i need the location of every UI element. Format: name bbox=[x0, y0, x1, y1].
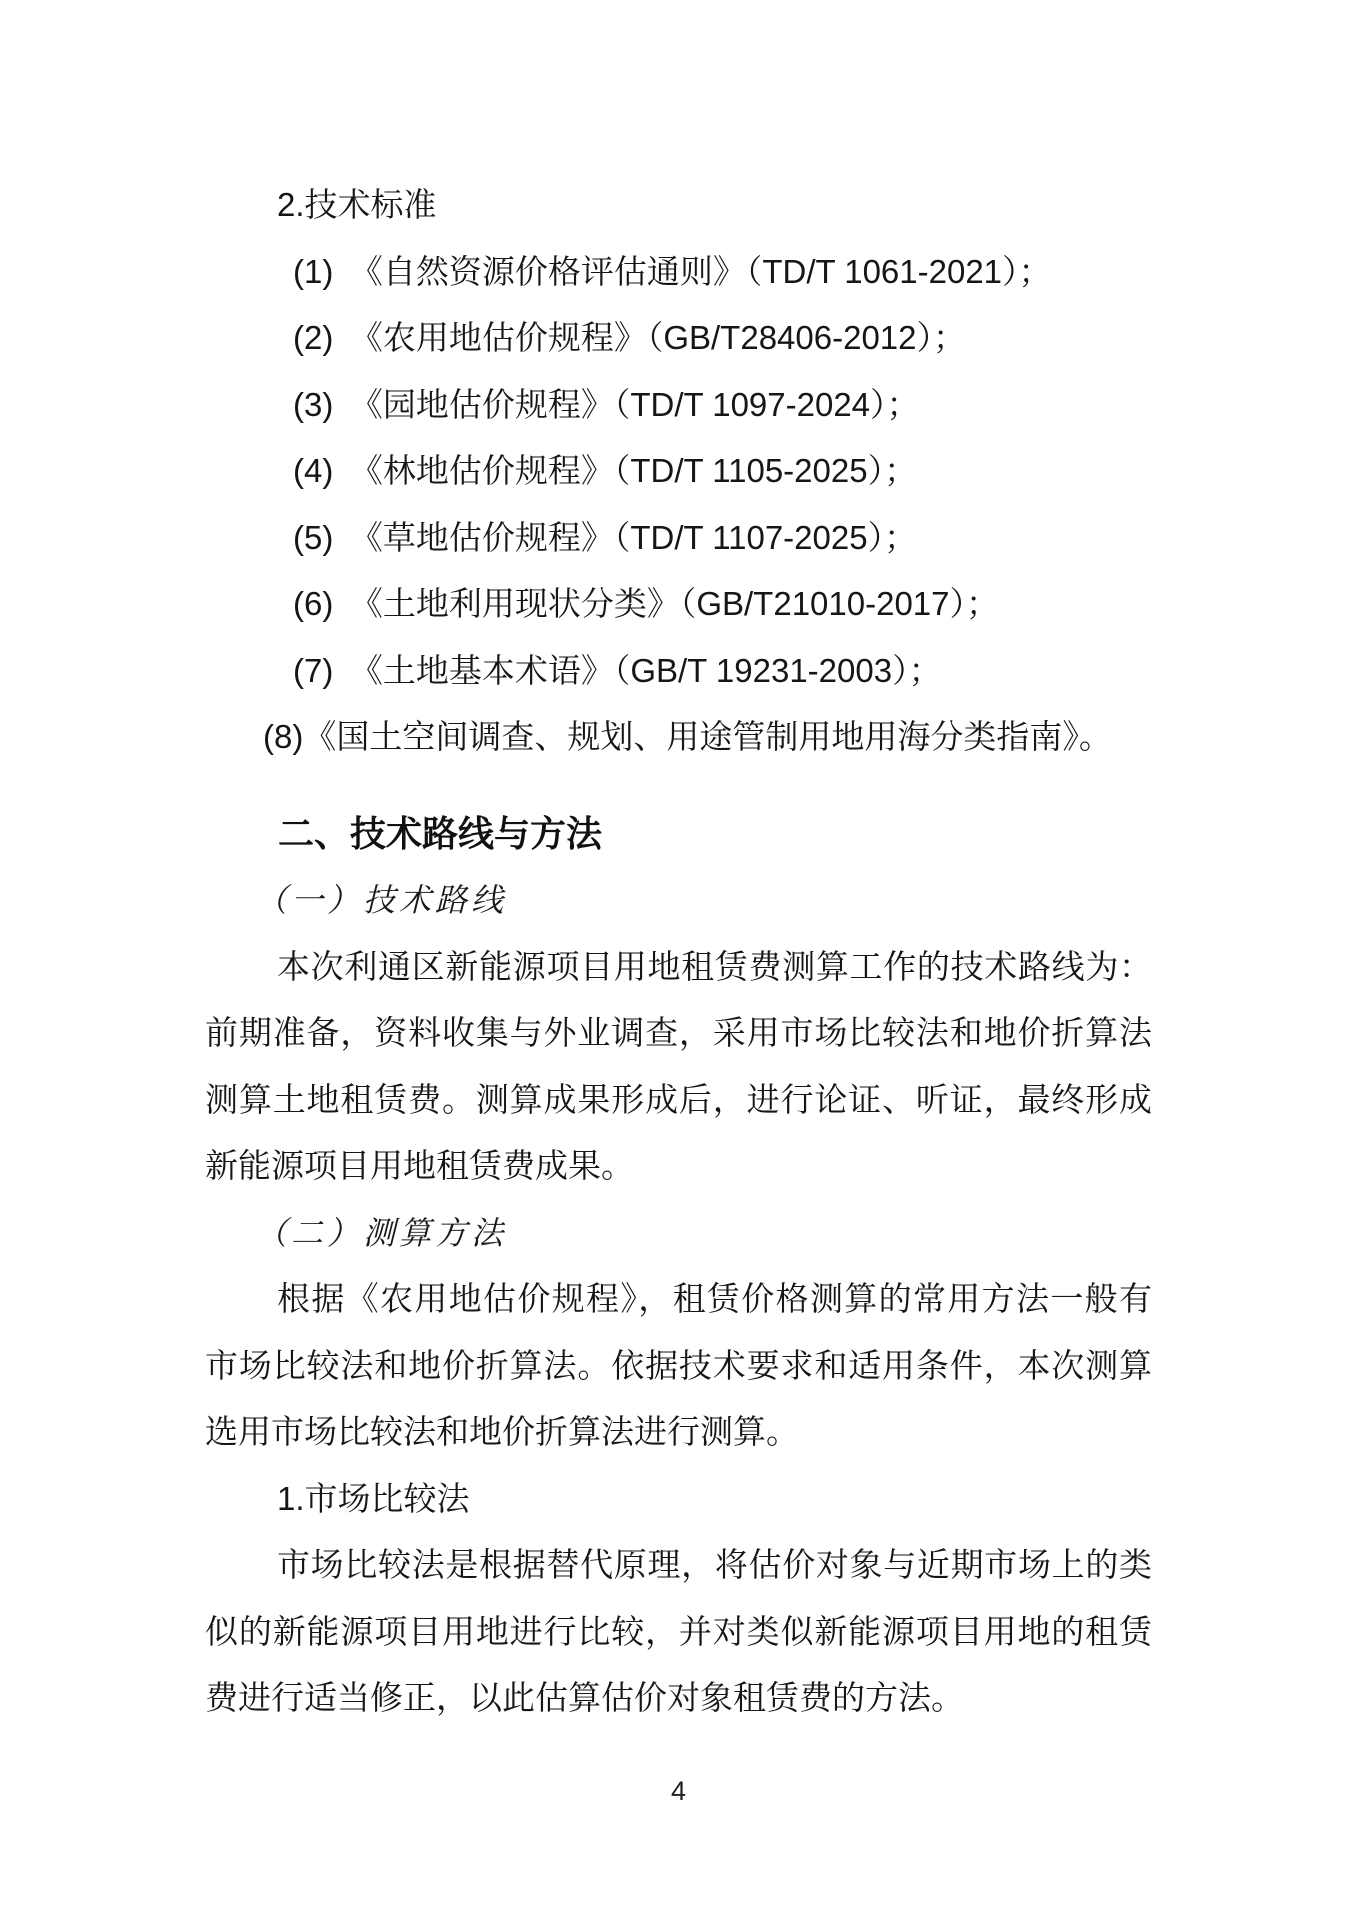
standard-list-item-5: (5) 《草地估价规程》（TD/T 1107-2025）； bbox=[205, 505, 1152, 572]
subsection-title-calculation-methods: （二）测算方法 bbox=[205, 1200, 1152, 1267]
paragraph-line: 似的新能源项目用地进行比较，并对类似新能源项目用地的租赁 bbox=[205, 1599, 1152, 1666]
document-content: 2.技术标准 (1) 《自然资源价格评估通则》（TD/T 1061-2021）；… bbox=[205, 172, 1152, 1732]
subsection-title-technical-standards: 2.技术标准 bbox=[205, 172, 1152, 239]
section-title-technical-route-and-methods: 二、技术路线与方法 bbox=[205, 801, 1152, 868]
standard-list-item-3: (3) 《园地估价规程》（TD/T 1097-2024）； bbox=[205, 372, 1152, 439]
standard-list-item-6: (6) 《土地利用现状分类》（GB/T21010-2017）； bbox=[205, 571, 1152, 638]
standard-list-item-8: (8)《国土空间调查、规划、用途管制用地用海分类指南》。 bbox=[205, 704, 1152, 771]
paragraph-line: 选用市场比较法和地价折算法进行测算。 bbox=[205, 1399, 1152, 1466]
standard-list-item-4: (4) 《林地估价规程》（TD/T 1105-2025）； bbox=[205, 438, 1152, 505]
paragraph-line: 前期准备，资料收集与外业调查，采用市场比较法和地价折算法 bbox=[205, 1000, 1152, 1067]
page-number: 4 bbox=[0, 1776, 1357, 1807]
paragraph-line: 市场比较法是根据替代原理，将估价对象与近期市场上的类 bbox=[205, 1532, 1152, 1599]
paragraph-line: 本次利通区新能源项目用地租赁费测算工作的技术路线为： bbox=[205, 934, 1152, 1001]
paragraph-line: 根据《农用地估价规程》，租赁价格测算的常用方法一般有 bbox=[205, 1266, 1152, 1333]
document-page: 2.技术标准 (1) 《自然资源价格评估通则》（TD/T 1061-2021）；… bbox=[0, 0, 1357, 1920]
standard-list-item-1: (1) 《自然资源价格评估通则》（TD/T 1061-2021）； bbox=[205, 239, 1152, 306]
paragraph-line: 费进行适当修正，以此估算估价对象租赁费的方法。 bbox=[205, 1665, 1152, 1732]
paragraph-line: 市场比较法和地价折算法。依据技术要求和适用条件，本次测算 bbox=[205, 1333, 1152, 1400]
paragraph-line: 新能源项目用地租赁费成果。 bbox=[205, 1133, 1152, 1200]
standard-list-item-2: (2) 《农用地估价规程》（GB/T28406-2012）； bbox=[205, 305, 1152, 372]
standard-list-item-7: (7) 《土地基本术语》（GB/T 19231-2003）； bbox=[205, 638, 1152, 705]
subsection-title-technical-route: （一）技术路线 bbox=[205, 867, 1152, 934]
paragraph-line: 测算土地租赁费。测算成果形成后，进行论证、听证，最终形成 bbox=[205, 1067, 1152, 1134]
subsection-title-market-comparison-method: 1.市场比较法 bbox=[205, 1466, 1152, 1533]
